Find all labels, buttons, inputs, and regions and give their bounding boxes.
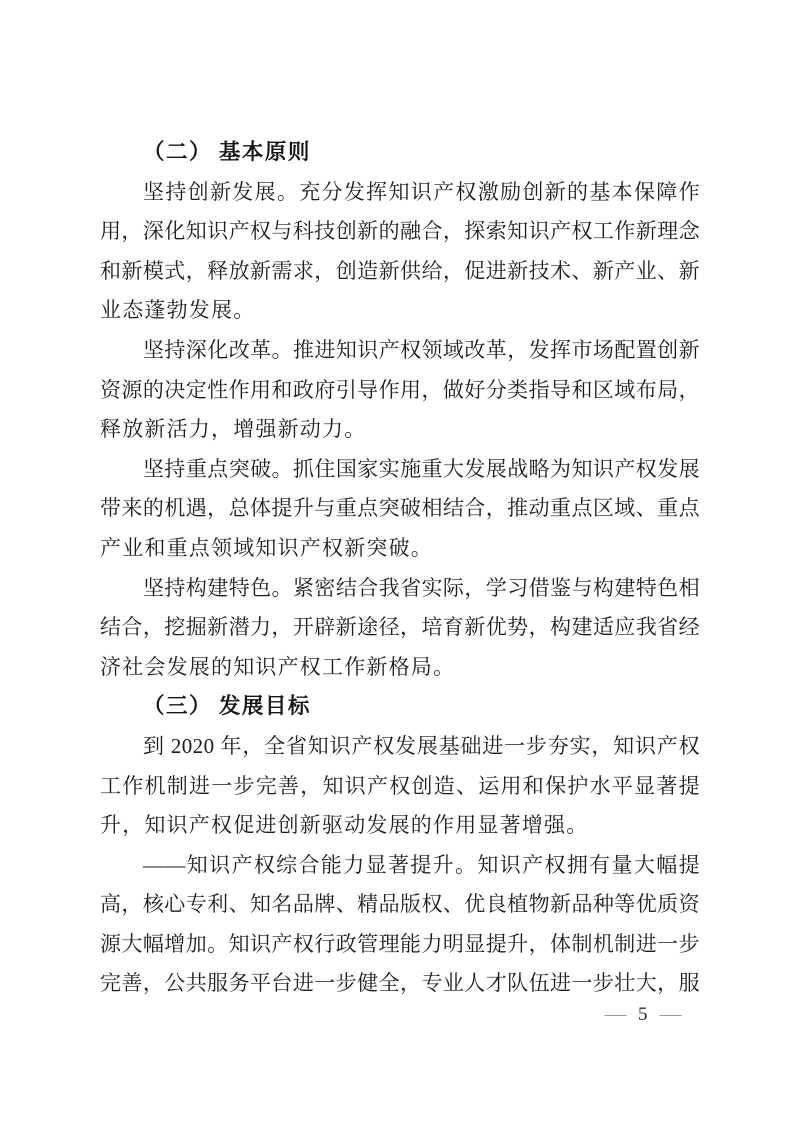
page-footer: — 5 — (606, 1004, 680, 1026)
paragraph-line: 坚持创新发展。充分发挥知识产权激励创新的基本保障作 (100, 173, 700, 213)
document-page: （二） 基本原则坚持创新发展。充分发挥知识产权激励创新的基本保障作用，深化知识产… (0, 0, 800, 1131)
paragraph-line: 用，深化知识产权与科技创新的融合，探索知识产权工作新理念 (100, 212, 700, 252)
section-heading: （二） 基本原则 (100, 133, 700, 173)
paragraph-line: 高，核心专利、知名品牌、精品版权、优良植物新品种等优质资 (100, 885, 700, 925)
paragraph-line: 坚持重点突破。抓住国家实施重大发展战略为知识产权发展 (100, 450, 700, 490)
section-heading: （三） 发展目标 (100, 687, 700, 727)
footer-dash-left: — (605, 1004, 627, 1026)
paragraph-line: ——知识产权综合能力显著提升。知识产权拥有量大幅提 (100, 846, 700, 886)
footer-dash-right: — (659, 1004, 681, 1026)
page-number: 5 (638, 1004, 648, 1026)
paragraph-line: 完善，公共服务平台进一步健全，专业人才队伍进一步壮大，服 (100, 964, 700, 1004)
paragraph-line: 结合，挖掘新潜力，开辟新途径，培育新优势，构建适应我省经 (100, 608, 700, 648)
document-body: （二） 基本原则坚持创新发展。充分发挥知识产权激励创新的基本保障作用，深化知识产… (100, 133, 700, 1004)
paragraph-line: 源大幅增加。知识产权行政管理能力明显提升，体制机制进一步 (100, 925, 700, 965)
paragraph-line: 坚持构建特色。紧密结合我省实际，学习借鉴与构建特色相 (100, 569, 700, 609)
paragraph-line: 和新模式，释放新需求，创造新供给，促进新技术、新产业、新 (100, 252, 700, 292)
paragraph-line: 资源的决定性作用和政府引导作用，做好分类指导和区域布局， (100, 371, 700, 411)
paragraph-line: 到 2020 年，全省知识产权发展基础进一步夯实，知识产权 (100, 727, 700, 767)
paragraph-line: 工作机制进一步完善，知识产权创造、运用和保护水平显著提 (100, 767, 700, 807)
paragraph-line: 坚持深化改革。推进知识产权领域改革，发挥市场配置创新 (100, 331, 700, 371)
paragraph-line: 业态蓬勃发展。 (100, 291, 700, 331)
paragraph-line: 产业和重点领域知识产权新突破。 (100, 529, 700, 569)
paragraph-line: 升，知识产权促进创新驱动发展的作用显著增强。 (100, 806, 700, 846)
paragraph-line: 济社会发展的知识产权工作新格局。 (100, 648, 700, 688)
paragraph-line: 释放新活力，增强新动力。 (100, 410, 700, 450)
paragraph-line: 带来的机遇，总体提升与重点突破相结合，推动重点区域、重点 (100, 489, 700, 529)
